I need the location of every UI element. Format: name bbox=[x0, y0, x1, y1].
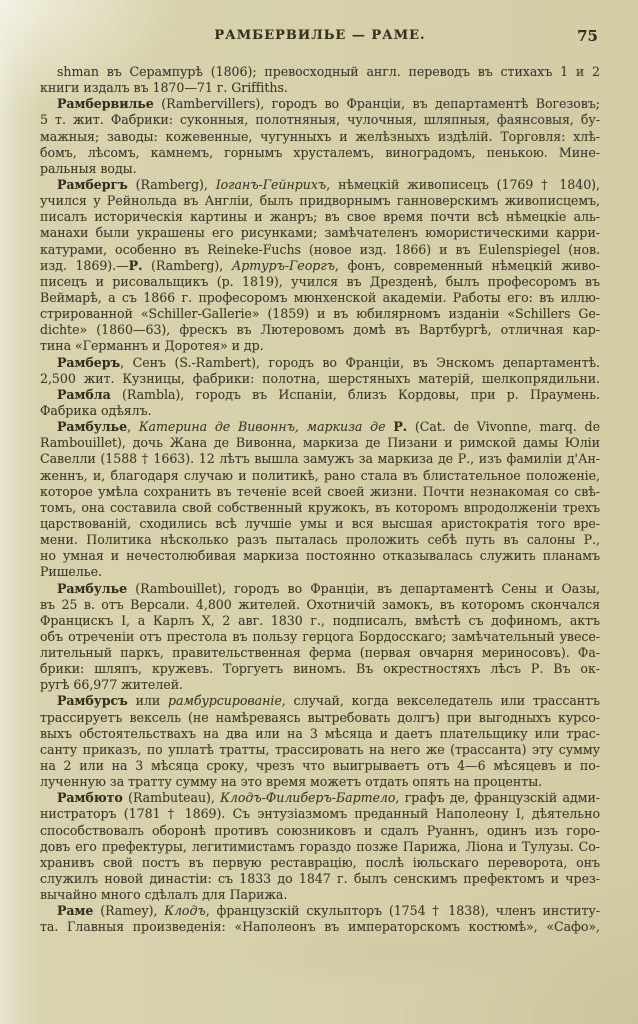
text-run: ругѣ 66,977 жителей. bbox=[40, 677, 183, 692]
text-line: томъ, она составила свой собственный кру… bbox=[40, 500, 600, 516]
body-text: shman въ Серампурѣ (1806); превосходный … bbox=[40, 64, 600, 936]
text-run: служилъ новой династіи: съ 1833 до 1847 … bbox=[40, 871, 600, 886]
text-run: Раме bbox=[57, 903, 93, 918]
text-run: Рамбергъ bbox=[57, 177, 128, 192]
text-run: женнъ, и, благодаря случаю и политикѣ, р… bbox=[40, 468, 600, 483]
paragraph: Рамбла (Rambla), городъ въ Испаніи, близ… bbox=[40, 387, 600, 419]
text-run: Рамбулье bbox=[57, 419, 127, 434]
running-head: РАМБЕРВИЛЬЕ — РАМЕ. 75 bbox=[40, 28, 600, 44]
text-run: санту приказъ, по уплатѣ тратты, трассир… bbox=[40, 742, 600, 757]
text-run: Рамберъ bbox=[57, 355, 120, 370]
text-line: выхъ обстоятельствахъ на два или на 3 мѣ… bbox=[40, 726, 600, 742]
text-run: мажныя; заводы: кожевенные, чугунныхъ и … bbox=[40, 129, 600, 144]
text-run: нистраторъ (1781 † 1869). Съ энтузіазмом… bbox=[40, 806, 600, 821]
text-run: Артуръ-Георгъ bbox=[232, 258, 335, 273]
text-run: но умная и нечестолюбивая маркиза постоя… bbox=[40, 548, 600, 563]
text-run: (Ramberg), bbox=[128, 177, 216, 192]
text-line: но умная и нечестолюбивая маркиза постоя… bbox=[40, 548, 600, 564]
text-run: (Ramey), bbox=[93, 903, 164, 918]
text-run: та. Главныя произведенія: «Наполеонъ въ … bbox=[40, 919, 600, 934]
text-line: довъ его префектуры, легитимистамъ гораз… bbox=[40, 839, 600, 855]
text-line: которое умѣла сохранить въ теченіе всей … bbox=[40, 484, 600, 500]
scanned-page: РАМБЕРВИЛЬЕ — РАМЕ. 75 shman въ Серампур… bbox=[0, 0, 638, 1024]
text-run: которое умѣла сохранить въ теченіе всей … bbox=[40, 484, 600, 499]
text-run: , нѣмецкій живописецъ (1769 † 1840), bbox=[326, 177, 600, 192]
text-run: Веймарѣ, а съ 1866 г. професоромъ мюнхен… bbox=[40, 290, 600, 305]
text-run: Rambouillet), дочь Жана де Вивонна, марк… bbox=[40, 435, 600, 450]
text-line: Rambouillet), дочь Жана де Вивонна, марк… bbox=[40, 435, 600, 451]
paragraph: Рамбурсъ или рамбурсированіе, случай, ко… bbox=[40, 693, 600, 790]
text-run: брики: шляпъ, кружевъ. Торгуетъ виномъ. … bbox=[40, 661, 600, 676]
text-line: ругѣ 66,977 жителей. bbox=[40, 677, 600, 693]
text-line: объ отреченіи отъ престола въ пользу гер… bbox=[40, 629, 600, 645]
text-line: изд. 1869).—Р. (Ramberg), Артуръ-Георгъ,… bbox=[40, 258, 600, 274]
text-run: Клодъ bbox=[164, 903, 205, 918]
text-line: женнъ, и, благодаря случаю и политикѣ, р… bbox=[40, 468, 600, 484]
text-run: манахи были украшены его рисунками; замѣ… bbox=[40, 225, 600, 240]
text-line: Рамбулье, Катерина де Вивоннъ, маркиза д… bbox=[40, 419, 600, 435]
text-run: , Сенъ (S.-Rambert), городъ во Франціи, … bbox=[120, 355, 600, 370]
text-run: Ришелье. bbox=[40, 564, 102, 579]
text-run: лученную за тратту сумму на это время мо… bbox=[40, 774, 542, 789]
text-run: бомъ, лѣсомъ, камнемъ, горнымъ хрусталем… bbox=[40, 145, 600, 160]
text-line: Францискъ I, а Карлъ X, 2 авг. 1830 г., … bbox=[40, 613, 600, 629]
text-run: Рамбюто bbox=[57, 790, 123, 805]
text-line: стрированной «Schiller-Gallerie» (1859) … bbox=[40, 306, 600, 322]
text-run: рамбурсированіе bbox=[168, 693, 282, 708]
text-run: Р. bbox=[129, 258, 143, 273]
text-line: Ришелье. bbox=[40, 564, 600, 580]
text-run: Савелли (1588 † 1663). 12 лѣтъ вышла зам… bbox=[40, 451, 600, 466]
text-line: писалъ историческія картины и жанръ; въ … bbox=[40, 209, 600, 225]
text-run: (Rambuteau), bbox=[123, 790, 220, 805]
text-run: учился у Рейнольда въ Англіи, былъ придв… bbox=[40, 193, 600, 208]
text-line: Фабрика одѣялъ. bbox=[40, 403, 600, 419]
text-line: способствовалъ оборонѣ противъ союзников… bbox=[40, 823, 600, 839]
text-run: (Cat. de Vivonne, marq. de bbox=[407, 419, 600, 434]
text-run: довъ его префектуры, легитимистамъ гораз… bbox=[40, 839, 600, 854]
text-line: 2,500 жит. Кузницы, фабрики: полотна, ше… bbox=[40, 371, 600, 387]
text-line: 5 т. жит. Фабрики: суконныя, полотняныя,… bbox=[40, 112, 600, 128]
text-run: , фонъ, современный нѣмецкій живо- bbox=[335, 258, 600, 273]
page-number: 75 bbox=[577, 27, 598, 45]
text-run: на 2 или на 3 мѣсяца сроку, чрезъ что вы… bbox=[40, 758, 600, 773]
text-line: мени. Политика нѣсколько разъ пыталась п… bbox=[40, 532, 600, 548]
text-run: 2,500 жит. Кузницы, фабрики: полотна, ше… bbox=[40, 371, 600, 386]
running-head-title: РАМБЕРВИЛЬЕ — РАМЕ. bbox=[40, 28, 600, 43]
paragraph: Рамбервилье (Rambervillers), городъ во Ф… bbox=[40, 96, 600, 177]
text-run: dichte» (1860—63), фрескъ въ Лютеровомъ … bbox=[40, 322, 600, 337]
text-run: (Rambouillet), городъ во Франціи, въ деп… bbox=[127, 581, 600, 596]
text-line: манахи были украшены его рисунками; замѣ… bbox=[40, 225, 600, 241]
text-line: dichte» (1860—63), фрескъ въ Лютеровомъ … bbox=[40, 322, 600, 338]
paragraph: shman въ Серампурѣ (1806); превосходный … bbox=[40, 64, 600, 96]
text-line: Савелли (1588 † 1663). 12 лѣтъ вышла зам… bbox=[40, 451, 600, 467]
text-run: , случай, когда векселедатель или трасса… bbox=[282, 693, 600, 708]
text-run: (Rambervillers), городъ во Франціи, въ д… bbox=[154, 96, 600, 111]
text-line: shman въ Серампурѣ (1806); превосходный … bbox=[40, 64, 600, 80]
text-run: выхъ обстоятельствахъ на два или на 3 мѣ… bbox=[40, 726, 600, 741]
text-line: тина «Германнъ и Доротея» и др. bbox=[40, 338, 600, 354]
text-line: служилъ новой династіи: съ 1833 до 1847 … bbox=[40, 871, 600, 887]
text-line: лученную за тратту сумму на это время мо… bbox=[40, 774, 600, 790]
text-run: Фабрика одѣялъ. bbox=[40, 403, 152, 418]
text-run: томъ, она составила свой собственный кру… bbox=[40, 500, 600, 515]
text-line: въ 25 в. отъ Версали. 4,800 жителей. Охо… bbox=[40, 597, 600, 613]
text-run: мени. Политика нѣсколько разъ пыталась п… bbox=[40, 532, 600, 547]
text-line: Рамбергъ (Ramberg), Іоганъ-Гейнрихъ, нѣм… bbox=[40, 177, 600, 193]
text-line: мажныя; заводы: кожевенные, чугунныхъ и … bbox=[40, 129, 600, 145]
text-run: объ отреченіи отъ престола въ пользу гер… bbox=[40, 629, 600, 644]
text-line: царствованій, сходились всѣ лучшіе умы и… bbox=[40, 516, 600, 532]
text-run: Р. bbox=[393, 419, 407, 434]
text-line: хранивъ свой постъ въ первую реставрацію… bbox=[40, 855, 600, 871]
text-run: , французскій скульпторъ (1754 † 1838), … bbox=[206, 903, 600, 918]
text-run: въ 25 в. отъ Версали. 4,800 жителей. Охо… bbox=[40, 597, 600, 612]
page-content: РАМБЕРВИЛЬЕ — РАМЕ. 75 shman въ Серампур… bbox=[0, 0, 638, 936]
text-run: (Ramberg), bbox=[142, 258, 231, 273]
text-run: Францискъ I, а Карлъ X, 2 авг. 1830 г., … bbox=[40, 613, 600, 628]
text-line: учился у Рейнольда въ Англіи, былъ придв… bbox=[40, 193, 600, 209]
text-line: Раме (Ramey), Клодъ, французскій скульпт… bbox=[40, 903, 600, 919]
text-line: Веймарѣ, а съ 1866 г. професоромъ мюнхен… bbox=[40, 290, 600, 306]
text-run: Клодъ-Филиберъ-Бартело bbox=[220, 790, 395, 805]
text-run: трассируетъ вексель (не намѣреваясь вытр… bbox=[40, 710, 600, 725]
text-line: Рамбулье (Rambouillet), городъ во Франці… bbox=[40, 581, 600, 597]
text-line: Рамбервилье (Rambervillers), городъ во Ф… bbox=[40, 96, 600, 112]
text-run: Рамбервилье bbox=[57, 96, 154, 111]
text-line: лительный паркъ, правительственная ферма… bbox=[40, 645, 600, 661]
text-run: ральныя воды. bbox=[40, 161, 137, 176]
paragraph: Рамбергъ (Ramberg), Іоганъ-Гейнрихъ, нѣм… bbox=[40, 177, 600, 355]
text-line: Рамбюто (Rambuteau), Клодъ-Филиберъ-Барт… bbox=[40, 790, 600, 806]
text-line: книги издалъ въ 1870—71 г. Griffiths. bbox=[40, 80, 600, 96]
text-line: нистраторъ (1781 † 1869). Съ энтузіазмом… bbox=[40, 806, 600, 822]
text-run: или bbox=[128, 693, 168, 708]
text-line: трассируетъ вексель (не намѣреваясь вытр… bbox=[40, 710, 600, 726]
text-run: , графъ де, французскій адми- bbox=[395, 790, 600, 805]
paragraph: Рамбулье, Катерина де Вивоннъ, маркиза д… bbox=[40, 419, 600, 580]
text-run: способствовалъ оборонѣ противъ союзников… bbox=[40, 823, 600, 838]
text-run: катурами, особенно въ Reineke-Fuchs (нов… bbox=[40, 242, 600, 257]
text-run: Рамбла bbox=[57, 387, 111, 402]
paragraph: Рамбулье (Rambouillet), городъ во Франці… bbox=[40, 581, 600, 694]
paragraph: Раме (Ramey), Клодъ, французскій скульпт… bbox=[40, 903, 600, 935]
text-run: изд. 1869).— bbox=[40, 258, 129, 273]
text-run: царствованій, сходились всѣ лучшіе умы и… bbox=[40, 516, 600, 531]
text-line: брики: шляпъ, кружевъ. Торгуетъ виномъ. … bbox=[40, 661, 600, 677]
text-run: хранивъ свой постъ въ первую реставрацію… bbox=[40, 855, 600, 870]
text-line: катурами, особенно въ Reineke-Fuchs (нов… bbox=[40, 242, 600, 258]
text-run: писалъ историческія картины и жанръ; въ … bbox=[40, 209, 600, 224]
text-run: 5 т. жит. Фабрики: суконныя, полотняныя,… bbox=[40, 112, 600, 127]
text-line: бомъ, лѣсомъ, камнемъ, горнымъ хрусталем… bbox=[40, 145, 600, 161]
text-run: тина «Германнъ и Доротея» и др. bbox=[40, 338, 264, 353]
text-run: вычайно много сдѣлалъ для Парижа. bbox=[40, 887, 287, 902]
text-line: ральныя воды. bbox=[40, 161, 600, 177]
text-run: Рамбулье bbox=[57, 581, 127, 596]
paragraph: Рамберъ, Сенъ (S.-Rambert), городъ во Фр… bbox=[40, 355, 600, 387]
text-run: Катерина де Вивоннъ, маркиза де bbox=[139, 419, 386, 434]
text-run: , bbox=[127, 419, 139, 434]
text-run: книги издалъ въ 1870—71 г. Griffiths. bbox=[40, 80, 288, 95]
text-run: (Rambla), городъ въ Испаніи, близъ Кордо… bbox=[111, 387, 600, 402]
text-run: Іоганъ-Гейнрихъ bbox=[216, 177, 327, 192]
text-line: санту приказъ, по уплатѣ тратты, трассир… bbox=[40, 742, 600, 758]
text-line: вычайно много сдѣлалъ для Парижа. bbox=[40, 887, 600, 903]
text-line: писецъ и рисовальщикъ (р. 1819), учился … bbox=[40, 274, 600, 290]
text-run: лительный паркъ, правительственная ферма… bbox=[40, 645, 600, 660]
text-run: Рамбурсъ bbox=[57, 693, 128, 708]
text-line: та. Главныя произведенія: «Наполеонъ въ … bbox=[40, 919, 600, 935]
paragraph: Рамбюто (Rambuteau), Клодъ-Филиберъ-Барт… bbox=[40, 790, 600, 903]
text-run: писецъ и рисовальщикъ (р. 1819), учился … bbox=[40, 274, 600, 289]
text-line: Рамберъ, Сенъ (S.-Rambert), городъ во Фр… bbox=[40, 355, 600, 371]
text-line: Рамбла (Rambla), городъ въ Испаніи, близ… bbox=[40, 387, 600, 403]
text-run: shman въ Серампурѣ (1806); превосходный … bbox=[57, 64, 600, 79]
text-run: стрированной «Schiller-Gallerie» (1859) … bbox=[40, 306, 600, 321]
text-line: на 2 или на 3 мѣсяца сроку, чрезъ что вы… bbox=[40, 758, 600, 774]
text-line: Рамбурсъ или рамбурсированіе, случай, ко… bbox=[40, 693, 600, 709]
